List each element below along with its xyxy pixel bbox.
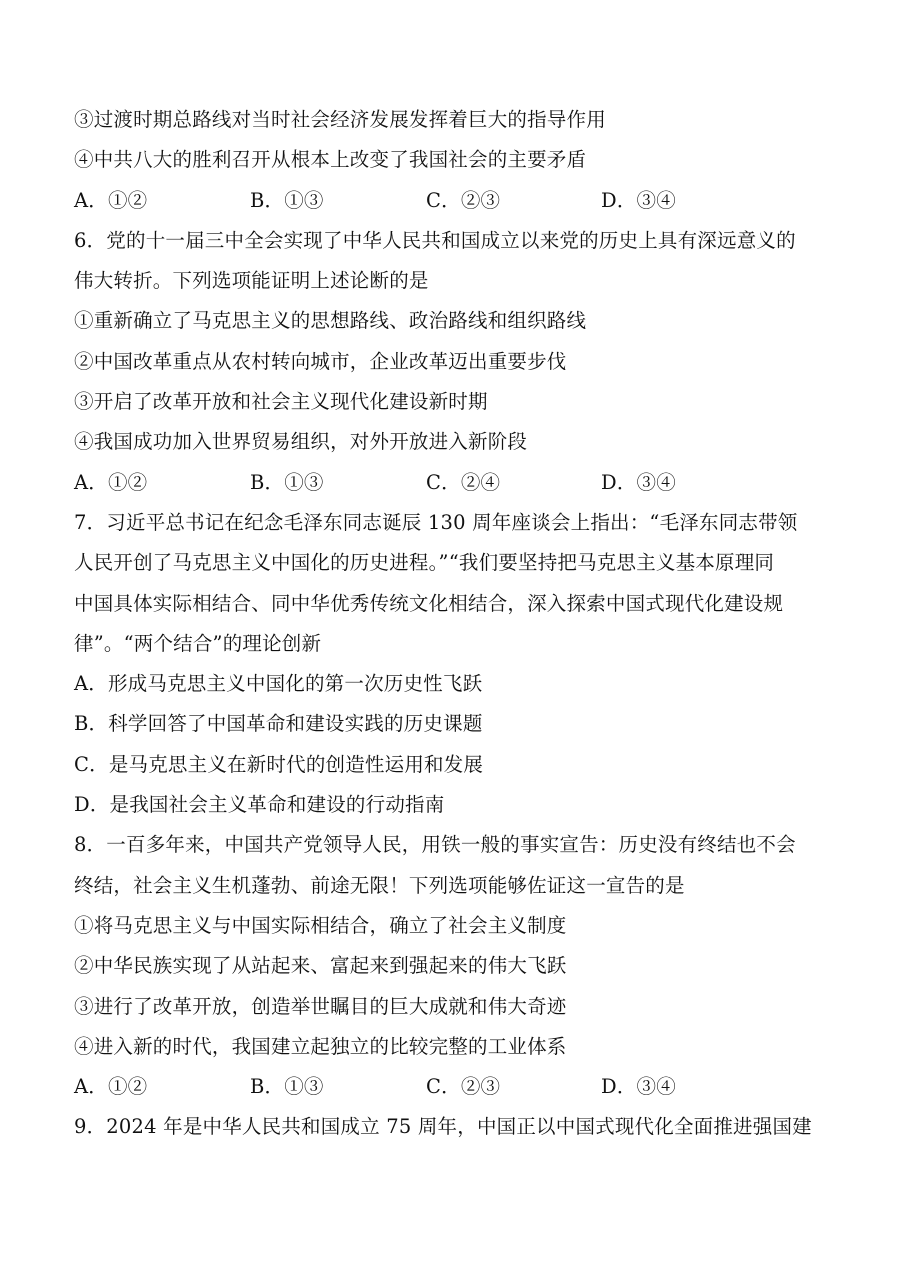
choice-d: D．是我国社会主义革命和建设的行动指南 [74, 785, 864, 825]
option-d: D．③④ [601, 181, 676, 221]
option-c: C．②③ [426, 1067, 500, 1107]
question-7: 7．习近平总书记在纪念毛泽东同志诞辰 130 周年座谈会上指出：“毛泽东同志带领… [74, 503, 864, 825]
question-6: 6．党的十一届三中全会实现了中华人民共和国成立以来党的历史上具有深远意义的 伟大… [74, 221, 864, 503]
question-5-tail: ③过渡时期总路线对当时社会经济发展发挥着巨大的指导作用 ④中共八大的胜利召开从根… [74, 100, 864, 221]
statement-4: ④中共八大的胜利召开从根本上改变了我国社会的主要矛盾 [74, 140, 864, 180]
option-b: B．①③ [250, 1067, 324, 1107]
answer-options: A．①② B．①③ C．②③ D．③④ [74, 181, 864, 221]
statement-3: ③开启了改革开放和社会主义现代化建设新时期 [74, 382, 864, 422]
question-stem-line: 9．2024 年是中华人民共和国成立 75 周年，中国正以中国式现代化全面推进强… [74, 1107, 864, 1147]
choice-b: B．科学回答了中国革命和建设实践的历史课题 [74, 704, 864, 744]
question-stem-line: 7．习近平总书记在纪念毛泽东同志诞辰 130 周年座谈会上指出：“毛泽东同志带领 [74, 503, 864, 543]
choice-c: C．是马克思主义在新时代的创造性运用和发展 [74, 745, 864, 785]
option-c: C．②④ [426, 463, 500, 503]
question-stem-line: 终结，社会主义生机蓬勃、前途无限！下列选项能够佐证这一宣告的是 [74, 866, 864, 906]
statement-2: ②中国改革重点从农村转向城市，企业改革迈出重要步伐 [74, 342, 864, 382]
option-a: A．①② [74, 181, 147, 221]
question-stem-line: 人民开创了马克思主义中国化的历史进程。”“我们要坚持把马克思主义基本原理同 [74, 543, 864, 583]
exam-page: ③过渡时期总路线对当时社会经济发展发挥着巨大的指导作用 ④中共八大的胜利召开从根… [74, 100, 864, 1148]
option-d: D．③④ [601, 1067, 676, 1107]
statement-3: ③进行了改革开放，创造举世瞩目的巨大成就和伟大奇迹 [74, 987, 864, 1027]
option-b: B．①③ [250, 181, 324, 221]
question-stem-line: 6．党的十一届三中全会实现了中华人民共和国成立以来党的历史上具有深远意义的 [74, 221, 864, 261]
question-stem-line: 律”。“两个结合”的理论创新 [74, 624, 864, 664]
question-stem-line: 伟大转折。下列选项能证明上述论断的是 [74, 261, 864, 301]
option-c: C．②③ [426, 181, 500, 221]
choice-a: A．形成马克思主义中国化的第一次历史性飞跃 [74, 664, 864, 704]
option-b: B．①③ [250, 463, 324, 503]
question-9: 9．2024 年是中华人民共和国成立 75 周年，中国正以中国式现代化全面推进强… [74, 1107, 864, 1147]
statement-1: ①重新确立了马克思主义的思想路线、政治路线和组织路线 [74, 301, 864, 341]
question-8: 8．一百多年来，中国共产党领导人民，用铁一般的事实宣告：历史没有终结也不会 终结… [74, 825, 864, 1107]
statement-2: ②中华民族实现了从站起来、富起来到强起来的伟大飞跃 [74, 946, 864, 986]
option-d: D．③④ [601, 463, 676, 503]
option-a: A．①② [74, 463, 147, 503]
option-a: A．①② [74, 1067, 147, 1107]
answer-options: A．①② B．①③ C．②③ D．③④ [74, 1067, 864, 1107]
statement-1: ①将马克思主义与中国实际相结合，确立了社会主义制度 [74, 906, 864, 946]
statement-4: ④我国成功加入世界贸易组织，对外开放进入新阶段 [74, 422, 864, 462]
statement-3: ③过渡时期总路线对当时社会经济发展发挥着巨大的指导作用 [74, 100, 864, 140]
answer-options: A．①② B．①③ C．②④ D．③④ [74, 463, 864, 503]
statement-4: ④进入新的时代，我国建立起独立的比较完整的工业体系 [74, 1027, 864, 1067]
question-stem-line: 8．一百多年来，中国共产党领导人民，用铁一般的事实宣告：历史没有终结也不会 [74, 825, 864, 865]
question-stem-line: 中国具体实际相结合、同中华优秀传统文化相结合，深入探索中国式现代化建设规 [74, 584, 864, 624]
